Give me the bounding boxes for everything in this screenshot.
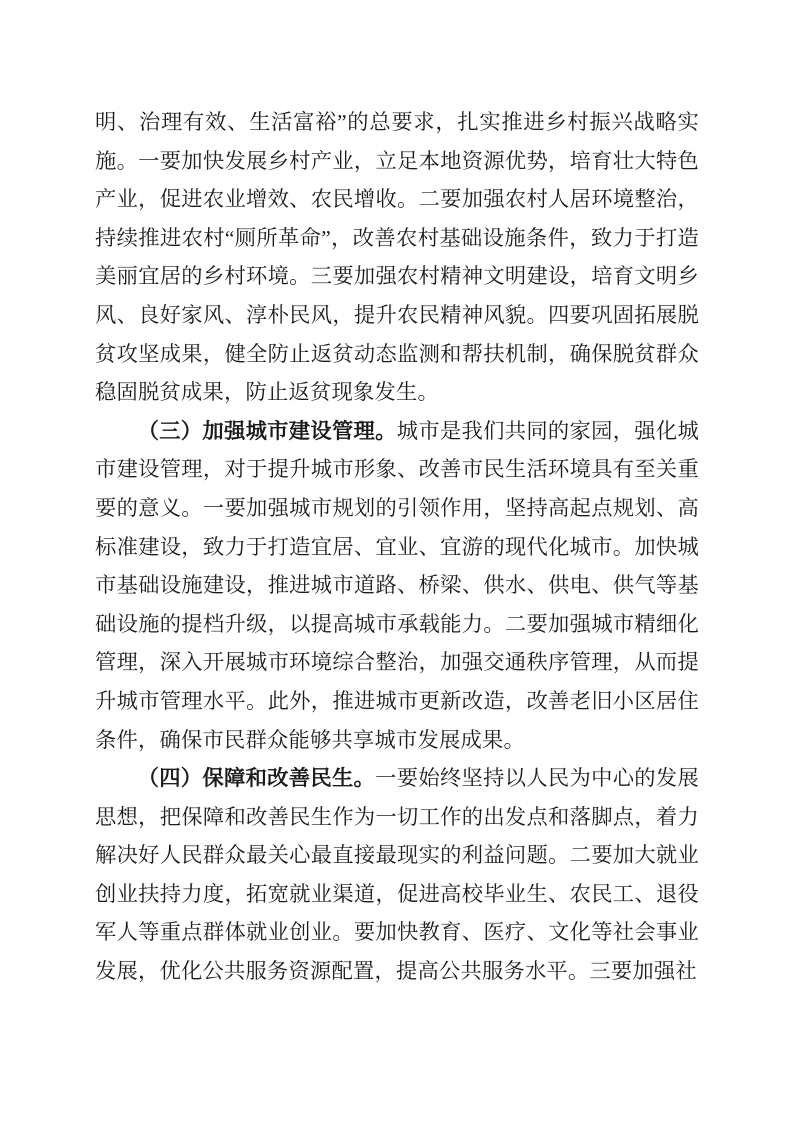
paragraph-text: 城市是我们共同的家园，强化城市建设管理，对于提升城市形象、改善市民生活环境具有至… xyxy=(95,419,699,752)
paragraph-text: 明、治理有效、生活富裕”的总要求，扎实推进乡村振兴战略实施。一要加快发展乡村产业… xyxy=(95,110,699,404)
section-heading-livelihood: （四）保障和改善民生。 xyxy=(138,766,376,790)
paragraph-rural-revitalization: 明、治理有效、生活富裕”的总要求，扎实推进乡村振兴战略实施。一要加快发展乡村产业… xyxy=(95,103,699,412)
document-page: 明、治理有效、生活富裕”的总要求，扎实推进乡村振兴战略实施。一要加快发展乡村产业… xyxy=(0,0,793,1122)
section-heading-urban-construction: （三）加强城市建设管理。 xyxy=(138,419,397,443)
paragraph-urban-construction: （三）加强城市建设管理。城市是我们共同的家园，强化城市建设管理，对于提升城市形象… xyxy=(95,412,699,759)
document-body: 明、治理有效、生活富裕”的总要求，扎实推进乡村振兴战略实施。一要加快发展乡村产业… xyxy=(95,103,699,991)
paragraph-livelihood: （四）保障和改善民生。一要始终坚持以人民为中心的发展思想，把保障和改善民生作为一… xyxy=(95,759,699,991)
paragraph-text: 一要始终坚持以人民为中心的发展思想，把保障和改善民生作为一切工作的出发点和落脚点… xyxy=(95,766,699,983)
